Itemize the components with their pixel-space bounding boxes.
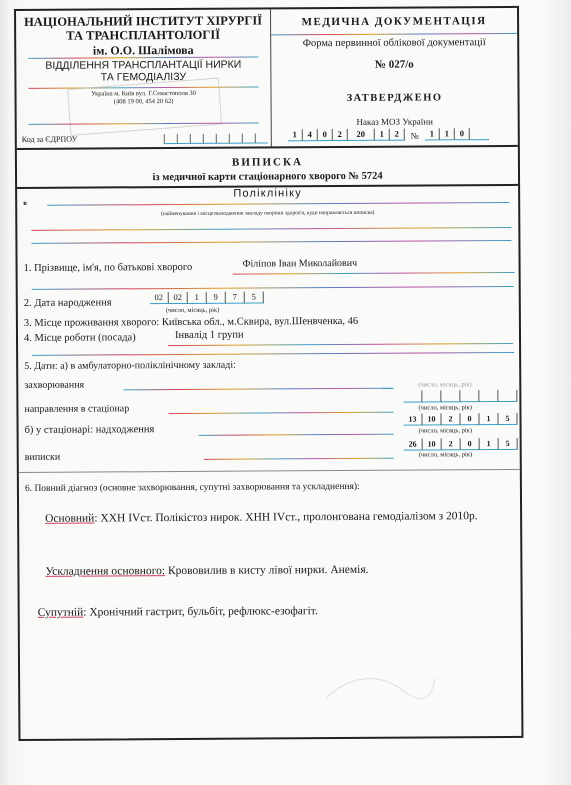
discharge-date-hint: (число, місяць, рік): [419, 451, 472, 458]
dob-digit: 7: [226, 292, 245, 304]
admission-digit: 13: [403, 414, 422, 426]
dob-digit: 1: [188, 292, 207, 304]
department-line-2: ТА ГЕМОДІАЛІЗУ: [16, 70, 270, 84]
order-number-digit: [470, 139, 489, 140]
residence-line: 3. Місце проживання хворого: Київська об…: [24, 316, 358, 329]
discharge-digit: 10: [423, 438, 442, 450]
blank-line: [32, 352, 514, 356]
patient-name-label: 1. Прізвище, ім'я, по батькові хворого: [24, 262, 193, 274]
approved-label: ЗАТВЕРДЖЕНО: [272, 92, 518, 105]
blank-line: [31, 240, 511, 244]
dob-digit: 02: [169, 292, 188, 304]
patient-name-value: Філіпов Іван Миколайович: [243, 258, 358, 270]
edrpou-code-boxes: [164, 133, 268, 144]
diagnosis-complication-text: Крововилив в кисту лівої нирки. Анемія.: [165, 564, 369, 577]
workplace-label: 4. Місце роботи (посада): [24, 332, 136, 344]
order-label: Наказ МОЗ України: [272, 116, 518, 128]
dob-digit: 02: [150, 292, 169, 304]
order-date-digit: 2: [390, 129, 405, 141]
recipient-underline: [47, 202, 509, 206]
dob-hint: (число, місяць, рік): [166, 307, 219, 314]
medical-documentation-title: МЕДИЧНА ДОКУМЕНТАЦІЯ: [271, 15, 517, 29]
workplace-underline: [168, 343, 513, 346]
diagnosis-complication-label: Ускладнення основного:: [45, 565, 165, 578]
phones-line: (408 19 00, 454 20 62): [17, 97, 271, 107]
order-date-digit: 20: [348, 129, 375, 141]
admission-date-hint: (число, місяць, рік): [419, 427, 472, 434]
admission-digit: 0: [460, 413, 479, 425]
divider: [271, 33, 517, 36]
discharge-digit: 0: [461, 438, 480, 450]
discharge-digit: 26: [404, 439, 423, 451]
admission-underline: [199, 434, 394, 436]
form-header: МЕДИЧНА ДОКУМЕНТАЦІЯ Форма первинної обл…: [271, 8, 518, 147]
illness-date-hint: (число, місяць, рік): [418, 381, 471, 388]
dob-digit: 9: [207, 292, 226, 304]
institute-line-1: НАЦІОНАЛЬНИЙ ІНСТИТУТ ХІРУРГІЇ: [16, 13, 270, 29]
form-frame: НАЦІОНАЛЬНИЙ ІНСТИТУТ ХІРУРГІЇ ТА ТРАНСП…: [14, 6, 523, 741]
illness-date-boxes: [403, 390, 517, 403]
section-divider: [19, 469, 520, 473]
faint-signature: [320, 668, 440, 709]
dob-boxes: 02 02 1 9 7 5: [150, 291, 264, 304]
admission-digit: 5: [498, 413, 517, 425]
dob-label: 2. Дата народження: [24, 297, 112, 309]
recipient-hint: (найменування і місцезнаходження закладу…: [17, 209, 518, 218]
admission-date-boxes: 13 10 2 0 1 5: [403, 413, 517, 426]
admission-digit: 10: [422, 413, 441, 425]
institute-name: НАЦІОНАЛЬНИЙ ІНСТИТУТ ХІРУРГІЇ ТА ТРАНСП…: [16, 13, 270, 43]
diagnosis-header: 6. Повний діагноз (основне захворювання,…: [25, 482, 360, 494]
referral-date-label: направлення в стаціонар: [24, 403, 129, 415]
diagnosis-concomitant-text: : Хронічний гастрит, бульбіт, рефлюкс-ез…: [83, 605, 318, 618]
extract-subtitle: із медичної карти стаціонарного хворого …: [17, 170, 518, 184]
blank-line: [31, 227, 511, 231]
scanned-page: НАЦІОНАЛЬНИЙ ІНСТИТУТ ХІРУРГІЇ ТА ТРАНСП…: [0, 0, 571, 785]
institute-line-2: ТА ТРАНСПЛАНТОЛОГІЇ: [16, 27, 270, 43]
referral-underline: [168, 412, 393, 414]
discharge-digit: 1: [480, 438, 499, 450]
discharge-digit: 5: [499, 438, 518, 450]
admission-digit: 2: [441, 413, 460, 425]
department-name: ВІДДІЛЕННЯ ТРАНСПЛАНТАЦІЇ НИРКИ ТА ГЕМОД…: [16, 58, 270, 84]
discharge-date-label: виписки: [25, 452, 61, 463]
department-line-1: ВІДДІЛЕННЯ ТРАНСПЛАНТАЦІЇ НИРКИ: [16, 58, 270, 72]
dates-header: 5. Дати: а) в амбулаторно-поліклінічному…: [24, 360, 236, 372]
order-date-digit: 0: [318, 129, 333, 141]
diagnosis-concomitant: Супутній: Хронічний гастрит, бульбіт, ре…: [26, 602, 528, 622]
discharge-underline: [204, 458, 394, 460]
referral-date-hint: (число, місяць, рік): [418, 404, 471, 411]
diagnosis-main: Основний: ХХН IVст. Полікістоз нирок. ХН…: [25, 508, 535, 528]
form-number: № 027/о: [271, 58, 517, 72]
discharge-digit: 2: [442, 438, 461, 450]
recipient-value: Поліклініку: [17, 186, 518, 201]
name-underline: [233, 272, 515, 275]
institution-address: Україна м. Київ вул. Г.Севастополя 30 (4…: [17, 89, 271, 107]
extract-title: ВИПИСКА: [17, 155, 518, 170]
dob-digit: 5: [245, 291, 264, 303]
form-label: Форма первинної облікової документації: [271, 37, 517, 50]
order-number-digit: 1: [425, 128, 440, 140]
diagnosis-main-text: : ХХН IVст. Полікістоз нирок. ХНН IVст.,…: [94, 510, 477, 524]
order-date-and-number: 1 4 0 2 20 1 2 № 1 1 0: [288, 128, 489, 141]
illness-underline: [123, 388, 393, 391]
workplace-value: Інвалід 1 групи: [175, 330, 244, 341]
discharge-date-boxes: 26 10 2 0 1 5: [404, 438, 518, 451]
institution-header: НАЦІОНАЛЬНИЙ ІНСТИТУТ ХІРУРГІЇ ТА ТРАНСП…: [16, 9, 272, 148]
order-number-digit: 0: [455, 128, 470, 140]
diagnosis-concomitant-label: Супутній: [38, 607, 84, 619]
order-date-digit: 4: [303, 129, 318, 141]
admission-date-label: б) у стаціонарі: надходження: [25, 424, 155, 436]
admission-digit: 1: [479, 413, 498, 425]
order-number-digit: 1: [440, 128, 455, 140]
illness-date-label: захворювання: [24, 380, 84, 391]
diagnosis-complication: Ускладнення основного: Крововилив в кист…: [25, 561, 535, 581]
order-date-digit: 1: [375, 129, 390, 141]
edrpou-label: Код за ЄДРПОУ: [22, 135, 78, 144]
order-number-sign: №: [411, 131, 419, 141]
stamp-mark: [67, 78, 222, 136]
blank-line: [32, 286, 514, 290]
order-date-digit: 1: [288, 129, 303, 141]
diagnosis-main-label: Основний: [45, 513, 94, 525]
order-date-digit: 2: [333, 129, 348, 141]
